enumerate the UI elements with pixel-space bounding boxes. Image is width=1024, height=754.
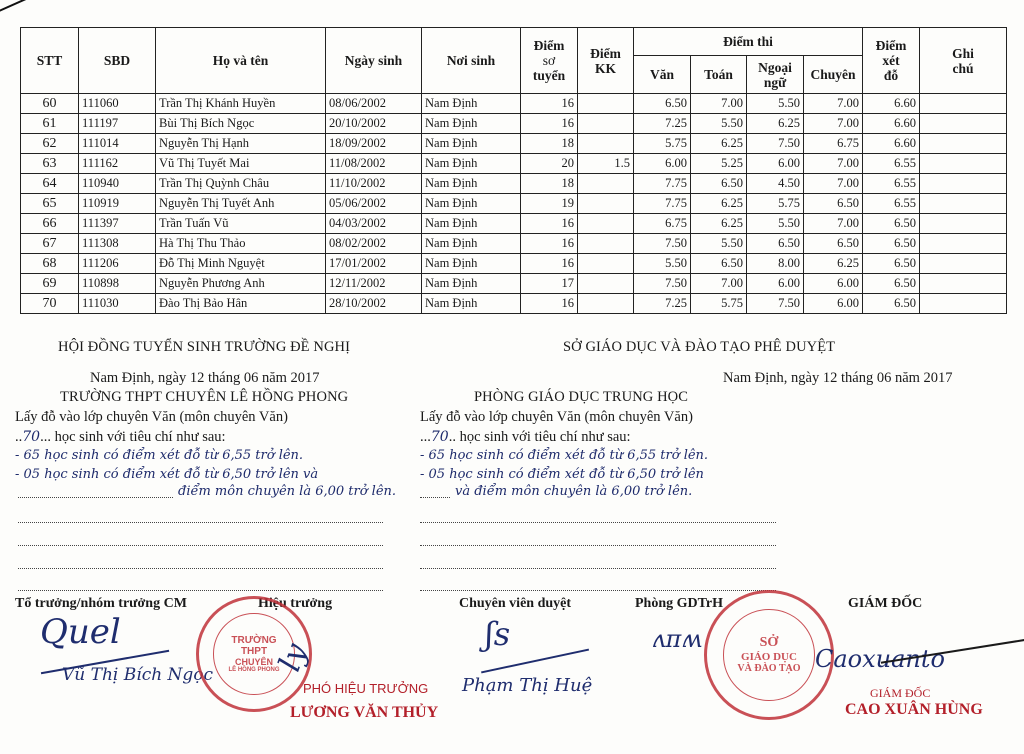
right-hand-line-3: và điểm môn chuyên là 6,00 trở lên. xyxy=(455,484,692,499)
cell-toan: 6.50 xyxy=(691,254,747,274)
cell-sbd: 111397 xyxy=(79,214,156,234)
cell-stt: 69 xyxy=(21,274,79,294)
cell-toan: 5.25 xyxy=(691,154,747,174)
table-row: 69110898Nguyễn Phương Anh12/11/2002Nam Đ… xyxy=(21,274,1007,294)
table-row: 66111397Trần Tuấn Vũ04/03/2002Nam Định16… xyxy=(21,214,1007,234)
cell-prelim: 18 xyxy=(521,174,578,194)
cell-bonus xyxy=(578,274,634,294)
cell-dob: 11/08/2002 xyxy=(326,154,422,174)
cell-total: 6.50 xyxy=(863,294,920,314)
cell-sbd: 111197 xyxy=(79,114,156,134)
cell-bonus xyxy=(578,214,634,234)
cell-stt: 60 xyxy=(21,94,79,114)
left-signer-1-name: Vũ Thị Bích Ngọc xyxy=(62,665,213,685)
left-signer-2-name: LƯƠNG VĂN THỦY xyxy=(290,704,438,722)
cell-prelim: 16 xyxy=(521,214,578,234)
cell-pob: Nam Định xyxy=(422,294,521,314)
right-signer-3-name: CAO XUÂN HÙNG xyxy=(845,701,983,719)
header-dob: Ngày sinh xyxy=(326,28,422,94)
right-count-line: ...70.. học sinh với tiêu chí như sau: xyxy=(420,429,631,446)
cell-note xyxy=(920,134,1007,154)
cell-dob: 17/01/2002 xyxy=(326,254,422,274)
cell-van: 7.50 xyxy=(634,234,691,254)
cell-total: 6.50 xyxy=(863,254,920,274)
cell-chuyen: 6.00 xyxy=(804,294,863,314)
cell-sbd: 110898 xyxy=(79,274,156,294)
left-count-handwritten: 70 xyxy=(22,429,40,445)
cell-name: Nguyễn Thị Hạnh xyxy=(156,134,326,154)
right-signer-3-title: GIÁM ĐỐC xyxy=(870,686,930,701)
right-dotted-line xyxy=(420,568,776,569)
right-count-handwritten: 70 xyxy=(431,429,449,445)
cell-stt: 70 xyxy=(21,294,79,314)
cell-prelim: 19 xyxy=(521,194,578,214)
cell-ngoaingu: 7.50 xyxy=(747,134,804,154)
cell-dob: 05/06/2002 xyxy=(326,194,422,214)
cell-toan: 7.00 xyxy=(691,94,747,114)
cell-van: 5.50 xyxy=(634,254,691,274)
cell-van: 7.50 xyxy=(634,274,691,294)
table-row: 63111162Vũ Thị Tuyết Mai11/08/2002Nam Đị… xyxy=(21,154,1007,174)
cell-bonus xyxy=(578,294,634,314)
cell-total: 6.50 xyxy=(863,234,920,254)
left-signature-1: Quel xyxy=(40,612,121,652)
cell-stt: 65 xyxy=(21,194,79,214)
cell-chuyen: 7.00 xyxy=(804,114,863,134)
cell-chuyen: 7.00 xyxy=(804,174,863,194)
cell-name: Trần Tuấn Vũ xyxy=(156,214,326,234)
right-sign-label-3: GIÁM ĐỐC xyxy=(848,596,922,612)
left-count-line: ..70... học sinh với tiêu chí như sau: xyxy=(15,429,226,446)
cell-toan: 5.50 xyxy=(691,234,747,254)
cell-total: 6.60 xyxy=(863,134,920,154)
cell-ngoaingu: 4.50 xyxy=(747,174,804,194)
table-row: 67111308Hà Thị Thu Thảo08/02/2002Nam Địn… xyxy=(21,234,1007,254)
cell-name: Trần Thị Quỳnh Châu xyxy=(156,174,326,194)
table-row: 65110919Nguyễn Thị Tuyết Anh05/06/2002Na… xyxy=(21,194,1007,214)
right-dotted-line xyxy=(420,522,776,523)
left-dotted-line xyxy=(18,590,383,591)
cell-note xyxy=(920,254,1007,274)
cell-toan: 6.25 xyxy=(691,214,747,234)
cell-ngoaingu: 6.00 xyxy=(747,274,804,294)
cell-prelim: 17 xyxy=(521,274,578,294)
cell-name: Nguyễn Thị Tuyết Anh xyxy=(156,194,326,214)
cell-sbd: 111206 xyxy=(79,254,156,274)
cell-chuyen: 6.50 xyxy=(804,194,863,214)
cell-prelim: 20 xyxy=(521,154,578,174)
cell-van: 6.00 xyxy=(634,154,691,174)
right-dotted-line xyxy=(420,497,450,498)
cell-pob: Nam Định xyxy=(422,94,521,114)
cell-van: 5.75 xyxy=(634,134,691,154)
right-heading: SỞ GIÁO DỤC VÀ ĐÀO TẠO PHÊ DUYỆT xyxy=(563,339,835,356)
right-org: PHÒNG GIÁO DỤC TRUNG HỌC xyxy=(474,389,688,406)
cell-toan: 6.25 xyxy=(691,194,747,214)
table-row: 70111030Đào Thị Bảo Hân28/10/2002Nam Địn… xyxy=(21,294,1007,314)
cell-prelim: 16 xyxy=(521,114,578,134)
cell-note xyxy=(920,174,1007,194)
cell-prelim: 16 xyxy=(521,234,578,254)
cell-van: 7.25 xyxy=(634,294,691,314)
cell-pob: Nam Định xyxy=(422,134,521,154)
cell-sbd: 111060 xyxy=(79,94,156,114)
cell-dob: 04/03/2002 xyxy=(326,214,422,234)
cell-ngoaingu: 7.50 xyxy=(747,294,804,314)
cell-ngoaingu: 6.25 xyxy=(747,114,804,134)
cell-total: 6.60 xyxy=(863,94,920,114)
left-sign-label-1: Tổ trưởng/nhóm trưởng CM xyxy=(15,596,187,612)
reviewer-signature: ʃs xyxy=(485,615,510,653)
cell-note xyxy=(920,234,1007,254)
cell-name: Hà Thị Thu Thảo xyxy=(156,234,326,254)
cell-chuyen: 6.25 xyxy=(804,254,863,274)
cell-dob: 08/02/2002 xyxy=(326,234,422,254)
cell-name: Vũ Thị Tuyết Mai xyxy=(156,154,326,174)
cell-sbd: 111030 xyxy=(79,294,156,314)
left-line1: Lấy đỗ vào lớp chuyên Văn (môn chuyên Vă… xyxy=(15,409,288,426)
cell-toan: 5.50 xyxy=(691,114,747,134)
right-line1: Lấy đỗ vào lớp chuyên Văn (môn chuyên Vă… xyxy=(420,409,693,426)
header-name: Họ và tên xyxy=(156,28,326,94)
cell-pob: Nam Định xyxy=(422,254,521,274)
cell-pob: Nam Định xyxy=(422,234,521,254)
cell-total: 6.55 xyxy=(863,174,920,194)
left-dotted-line xyxy=(18,545,383,546)
cell-pob: Nam Định xyxy=(422,174,521,194)
cell-total: 6.55 xyxy=(863,194,920,214)
header-bonus: ĐiểmKK xyxy=(578,28,634,94)
cell-stt: 66 xyxy=(21,214,79,234)
cell-ngoaingu: 6.50 xyxy=(747,234,804,254)
cell-name: Trần Thị Khánh Huyền xyxy=(156,94,326,114)
right-sign-label-1: Chuyên viên duyệt xyxy=(459,596,571,612)
header-toan: Toán xyxy=(691,56,747,94)
department-signature: ʌπʍ xyxy=(652,625,702,653)
cell-toan: 6.25 xyxy=(691,134,747,154)
table-row: 61111197Bùi Thị Bích Ngọc20/10/2002Nam Đ… xyxy=(21,114,1007,134)
cell-bonus xyxy=(578,174,634,194)
cell-note xyxy=(920,114,1007,134)
header-pob: Nơi sinh xyxy=(422,28,521,94)
left-hand-line-2: - 05 học sinh có điểm xét đỗ từ 6,50 trở… xyxy=(15,467,318,482)
left-dotted-line xyxy=(18,522,383,523)
cell-chuyen: 6.50 xyxy=(804,234,863,254)
left-hand-line-1: - 65 học sinh có điểm xét đỗ từ 6,55 trở… xyxy=(15,448,303,463)
admission-results-table: STT SBD Họ và tên Ngày sinh Nơi sinh Điể… xyxy=(20,27,1007,314)
cell-stt: 67 xyxy=(21,234,79,254)
cell-sbd: 110919 xyxy=(79,194,156,214)
cell-van: 6.75 xyxy=(634,214,691,234)
cell-note xyxy=(920,194,1007,214)
cell-bonus xyxy=(578,94,634,114)
header-total: Điểmxétđỗ xyxy=(863,28,920,94)
header-prelim: Điểm sơ tuyển xyxy=(521,28,578,94)
cell-note xyxy=(920,274,1007,294)
cell-bonus xyxy=(578,194,634,214)
cell-note xyxy=(920,214,1007,234)
left-org: TRƯỜNG THPT CHUYÊN LÊ HỒNG PHONG xyxy=(60,389,348,406)
cell-prelim: 16 xyxy=(521,294,578,314)
left-hand-line-3: điểm môn chuyên là 6,00 trở lên. xyxy=(178,484,396,499)
right-hand-line-2: - 05 học sinh có điểm xét đỗ từ 6,50 trở… xyxy=(420,467,704,482)
cell-ngoaingu: 5.75 xyxy=(747,194,804,214)
cell-pob: Nam Định xyxy=(422,194,521,214)
right-hand-line-1: - 65 học sinh có điểm xét đỗ từ 6,55 trở… xyxy=(420,448,708,463)
cell-bonus xyxy=(578,134,634,154)
table-row: 64110940Trần Thị Quỳnh Châu11/10/2002Nam… xyxy=(21,174,1007,194)
cell-bonus: 1.5 xyxy=(578,154,634,174)
cell-name: Đỗ Thị Minh Nguyệt xyxy=(156,254,326,274)
cell-chuyen: 7.00 xyxy=(804,94,863,114)
header-stt: STT xyxy=(21,28,79,94)
cell-van: 7.25 xyxy=(634,114,691,134)
header-van: Văn xyxy=(634,56,691,94)
cell-prelim: 18 xyxy=(521,134,578,154)
right-signer-1-name: Phạm Thị Huệ xyxy=(462,675,592,696)
cell-bonus xyxy=(578,234,634,254)
header-chuyen: Chuyên xyxy=(804,56,863,94)
corner-fold-line xyxy=(0,0,91,16)
cell-ngoaingu: 8.00 xyxy=(747,254,804,274)
cell-total: 6.55 xyxy=(863,154,920,174)
cell-bonus xyxy=(578,254,634,274)
right-dotted-line xyxy=(420,590,776,591)
cell-ngoaingu: 6.00 xyxy=(747,154,804,174)
table-row: 62111014Nguyễn Thị Hạnh18/09/2002Nam Địn… xyxy=(21,134,1007,154)
header-ngoaingu: Ngoạingữ xyxy=(747,56,804,94)
cell-chuyen: 6.75 xyxy=(804,134,863,154)
cell-van: 7.75 xyxy=(634,194,691,214)
cell-stt: 61 xyxy=(21,114,79,134)
cell-sbd: 111162 xyxy=(79,154,156,174)
cell-name: Bùi Thị Bích Ngọc xyxy=(156,114,326,134)
cell-dob: 12/11/2002 xyxy=(326,274,422,294)
left-signer-2-title: PHÓ HIỆU TRƯỞNG xyxy=(303,681,428,696)
header-note: Ghichú xyxy=(920,28,1007,94)
cell-bonus xyxy=(578,114,634,134)
cell-ngoaingu: 5.50 xyxy=(747,94,804,114)
table-row: 68111206Đỗ Thị Minh Nguyệt17/01/2002Nam … xyxy=(21,254,1007,274)
cell-note xyxy=(920,294,1007,314)
cell-note xyxy=(920,154,1007,174)
table-row: 60111060Trần Thị Khánh Huyền08/06/2002Na… xyxy=(21,94,1007,114)
header-exam-group: Điểm thi xyxy=(634,28,863,56)
cell-stt: 68 xyxy=(21,254,79,274)
cell-chuyen: 7.00 xyxy=(804,154,863,174)
cell-prelim: 16 xyxy=(521,254,578,274)
cell-dob: 28/10/2002 xyxy=(326,294,422,314)
right-dotted-line xyxy=(420,545,776,546)
cell-total: 6.50 xyxy=(863,274,920,294)
cell-pob: Nam Định xyxy=(422,114,521,134)
cell-dob: 11/10/2002 xyxy=(326,174,422,194)
left-dotted-line xyxy=(18,568,383,569)
cell-sbd: 110940 xyxy=(79,174,156,194)
right-date: Nam Định, ngày 12 tháng 06 năm 2017 xyxy=(723,370,953,387)
director-signature: Caoxuanto xyxy=(815,645,945,673)
left-dotted-line xyxy=(18,497,173,498)
cell-pob: Nam Định xyxy=(422,214,521,234)
cell-stt: 62 xyxy=(21,134,79,154)
header-sbd: SBD xyxy=(79,28,156,94)
cell-name: Nguyễn Phương Anh xyxy=(156,274,326,294)
left-heading: HỘI ĐỒNG TUYỂN SINH TRƯỜNG ĐỀ NGHỊ xyxy=(58,339,350,356)
cell-van: 6.50 xyxy=(634,94,691,114)
cell-pob: Nam Định xyxy=(422,154,521,174)
cell-note xyxy=(920,94,1007,114)
cell-pob: Nam Định xyxy=(422,274,521,294)
cell-chuyen: 7.00 xyxy=(804,214,863,234)
left-date: Nam Định, ngày 12 tháng 06 năm 2017 xyxy=(90,370,320,387)
cell-dob: 20/10/2002 xyxy=(326,114,422,134)
right-sign-label-2: Phòng GDTrH xyxy=(635,596,723,612)
cell-sbd: 111308 xyxy=(79,234,156,254)
cell-total: 6.50 xyxy=(863,214,920,234)
cell-toan: 6.50 xyxy=(691,174,747,194)
cell-sbd: 111014 xyxy=(79,134,156,154)
cell-dob: 18/09/2002 xyxy=(326,134,422,154)
cell-van: 7.75 xyxy=(634,174,691,194)
cell-prelim: 16 xyxy=(521,94,578,114)
cell-name: Đào Thị Bảo Hân xyxy=(156,294,326,314)
cell-stt: 63 xyxy=(21,154,79,174)
cell-chuyen: 6.00 xyxy=(804,274,863,294)
cell-ngoaingu: 5.50 xyxy=(747,214,804,234)
cell-total: 6.60 xyxy=(863,114,920,134)
cell-stt: 64 xyxy=(21,174,79,194)
cell-dob: 08/06/2002 xyxy=(326,94,422,114)
cell-toan: 5.75 xyxy=(691,294,747,314)
cell-toan: 7.00 xyxy=(691,274,747,294)
